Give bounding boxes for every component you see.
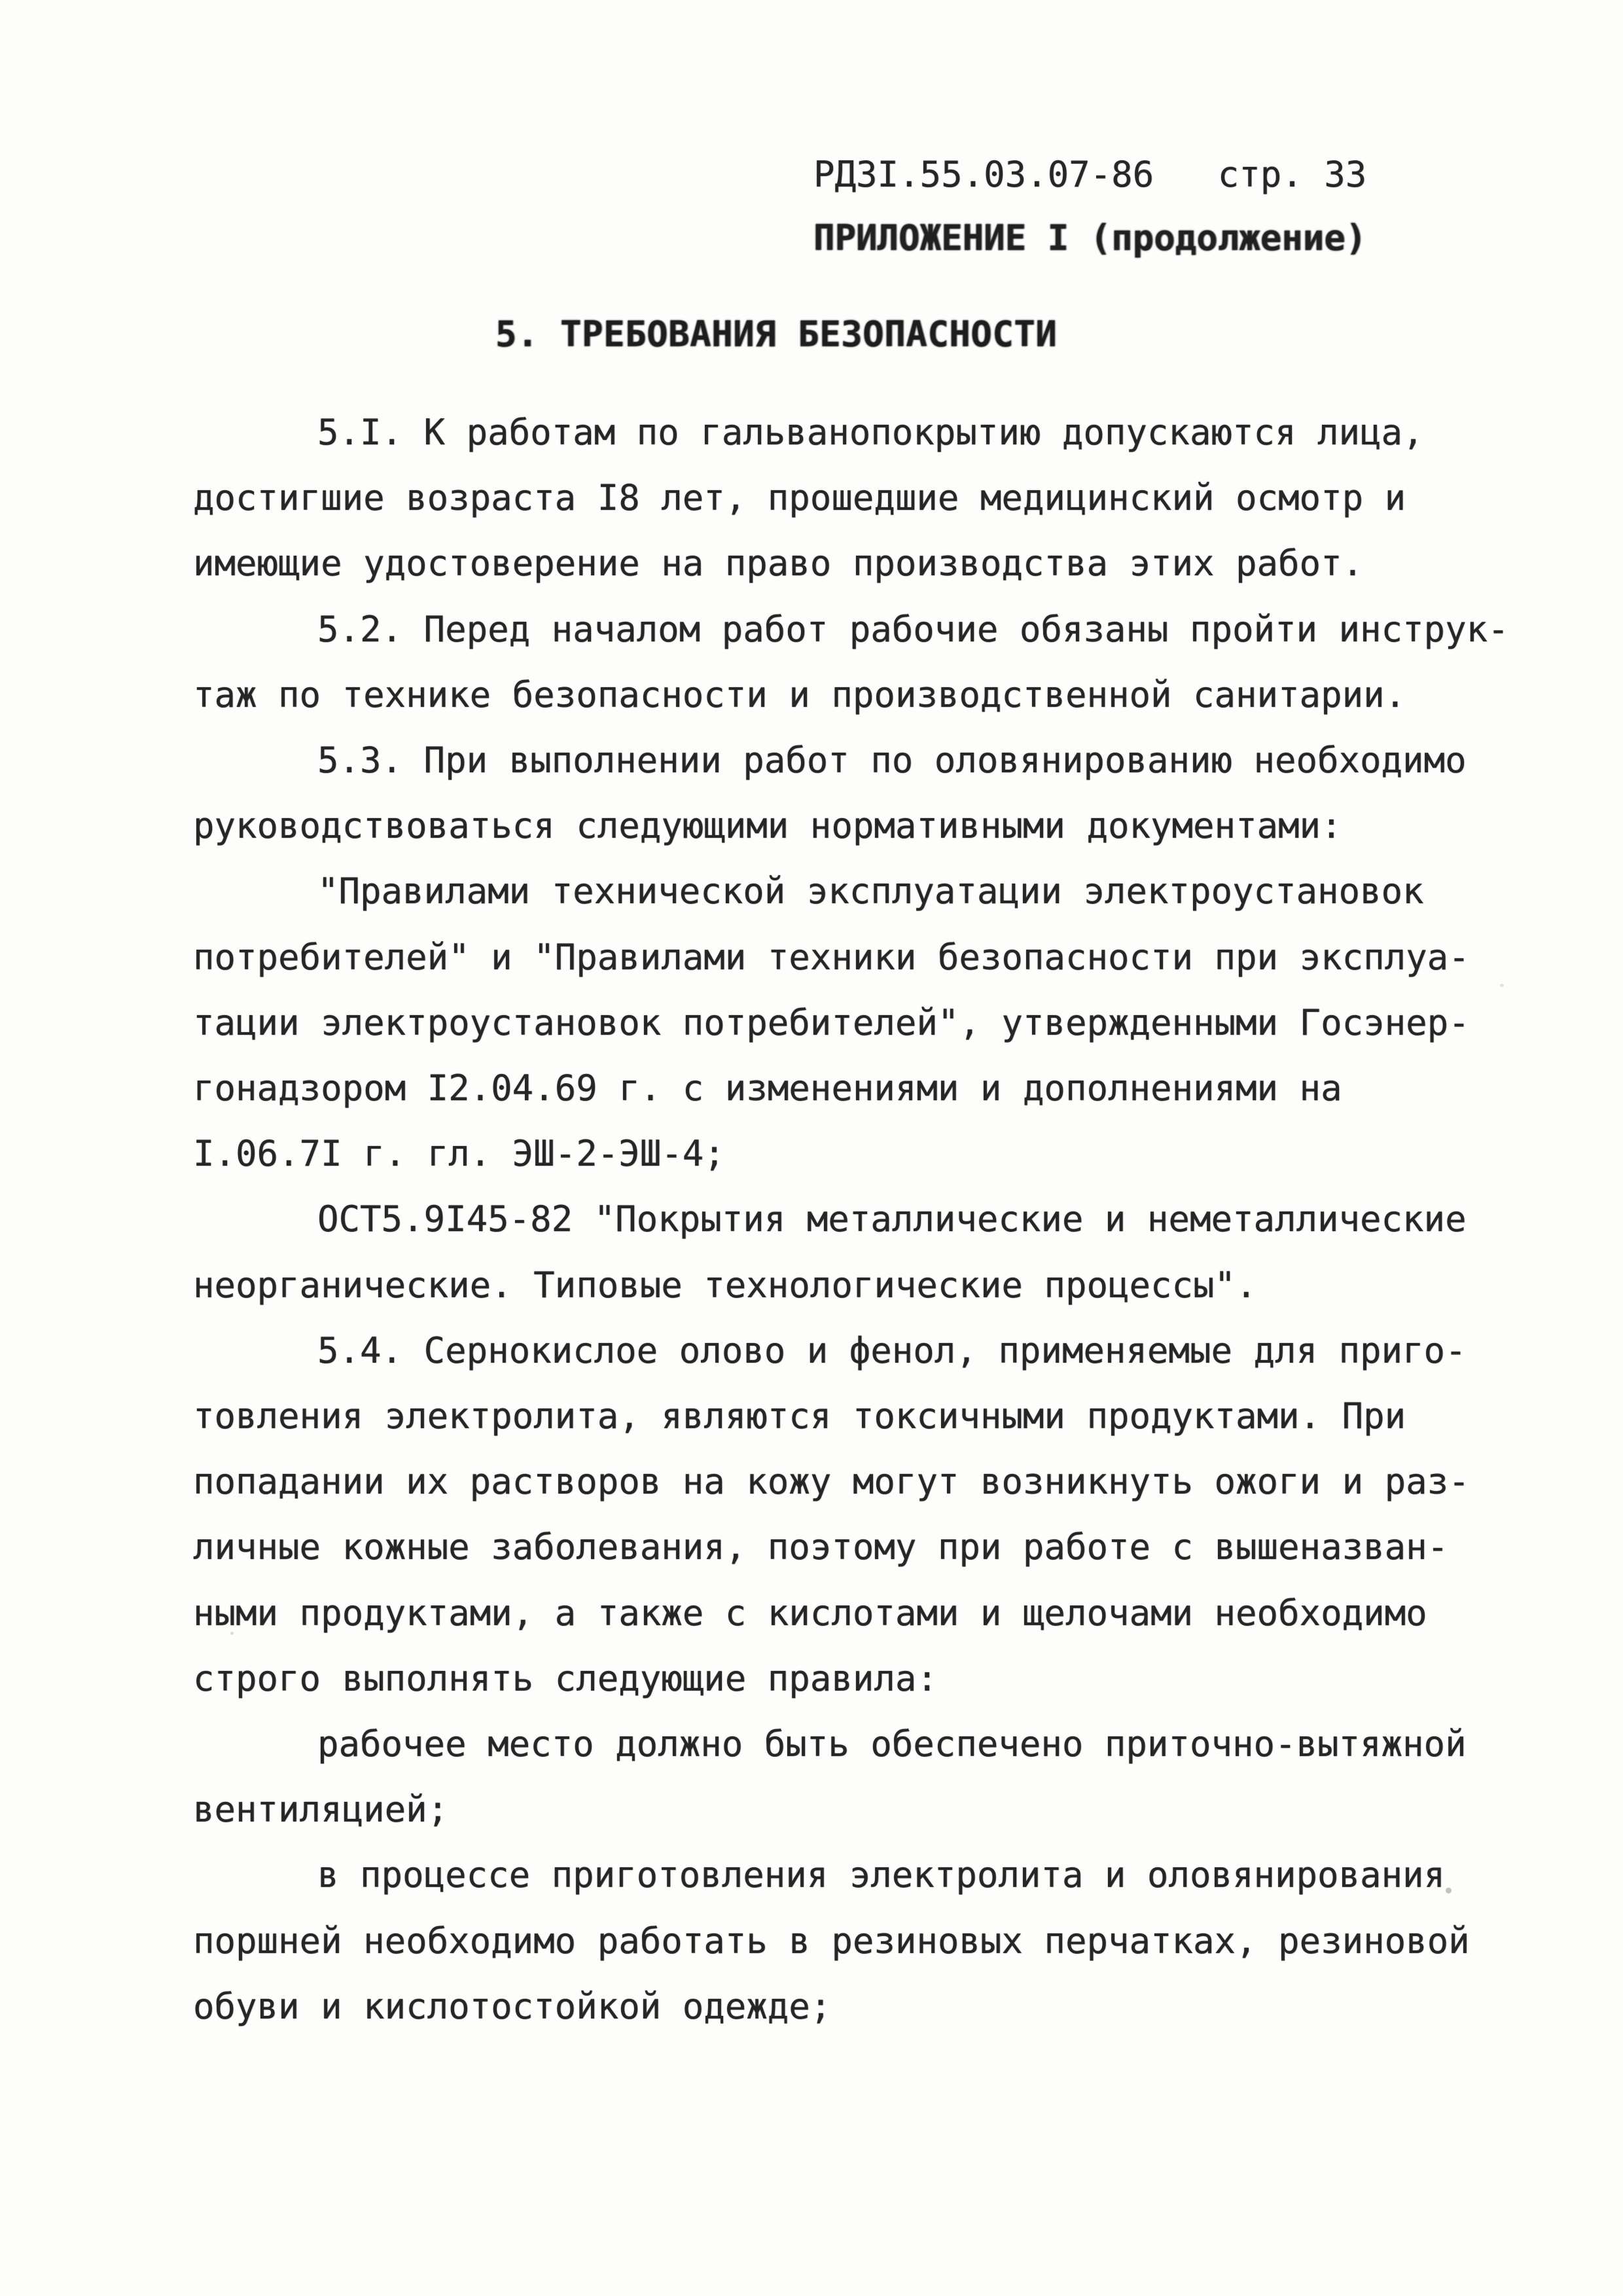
text-line: "Правилами технической эксплуатации элек…	[317, 872, 1424, 910]
text-line: рабочее место должно быть обеспечено при…	[317, 1725, 1467, 1763]
header-appendix-label: ПРИЛОЖЕНИЕ I (продолжение)	[813, 219, 1366, 257]
text-line: вентиляцией;	[193, 1791, 448, 1829]
text-line: неорганические. Типовые технологические …	[193, 1266, 1257, 1304]
text-line: 5.4. Сернокислое олово и фенол, применяе…	[317, 1332, 1467, 1370]
text-line: товления электролита, являются токсичным…	[193, 1397, 1406, 1435]
header-doc-ref-and-page-number: РД3I.55.03.07-86 стр. 33	[813, 156, 1366, 194]
scan-speck	[1446, 1888, 1452, 1893]
text-line: гонадзором I2.04.69 г. с изменениями и д…	[193, 1069, 1342, 1107]
text-line: строго выполнять следующие правила:	[193, 1660, 938, 1698]
text-line: 5.I. К работам по гальванопокрытию допус…	[317, 414, 1424, 452]
scan-speck	[230, 1632, 234, 1635]
scan-speck	[1006, 340, 1009, 344]
text-line: личные кожные заболевания, поэтому при р…	[193, 1528, 1448, 1566]
scan-speck	[1500, 984, 1504, 987]
text-line: таж по технике безопасности и производст…	[193, 676, 1406, 714]
text-line: руководствоваться следующими нормативным…	[193, 807, 1342, 845]
text-line: достигшие возраста I8 лет, прошедшие мед…	[193, 479, 1406, 517]
section-title: 5. ТРЕБОВАНИЯ БЕЗОПАСНОСТИ	[495, 315, 1057, 353]
text-line: обуви и кислотостойкой одежде;	[193, 1988, 831, 2026]
text-line: в процессе приготовления электролита и о…	[317, 1856, 1445, 1894]
text-line: поршней необходимо работать в резиновых …	[193, 1922, 1470, 1960]
text-line: попадании их растворов на кожу могут воз…	[193, 1463, 1470, 1501]
text-line: потребителей" и "Правилами техники безоп…	[193, 939, 1470, 977]
scanned-document-page: РД3I.55.03.07-86 стр. 33 ПРИЛОЖЕНИЕ I (п…	[0, 0, 1623, 2296]
text-line: 5.3. При выполнении работ по оловянирова…	[317, 742, 1467, 780]
text-line: 5.2. Перед началом работ рабочие обязаны…	[317, 611, 1509, 649]
text-line: имеющие удостоверение на право производс…	[193, 545, 1363, 583]
text-line: ОСТ5.9I45-82 "Покрытия металлические и н…	[317, 1200, 1467, 1238]
text-line: тации электроустановок потребителей", ут…	[193, 1004, 1470, 1042]
text-line: I.06.7I г. гл. ЭШ-2-ЭШ-4;	[193, 1135, 725, 1173]
text-line: ными продуктами, а также с кислотами и щ…	[193, 1594, 1427, 1632]
